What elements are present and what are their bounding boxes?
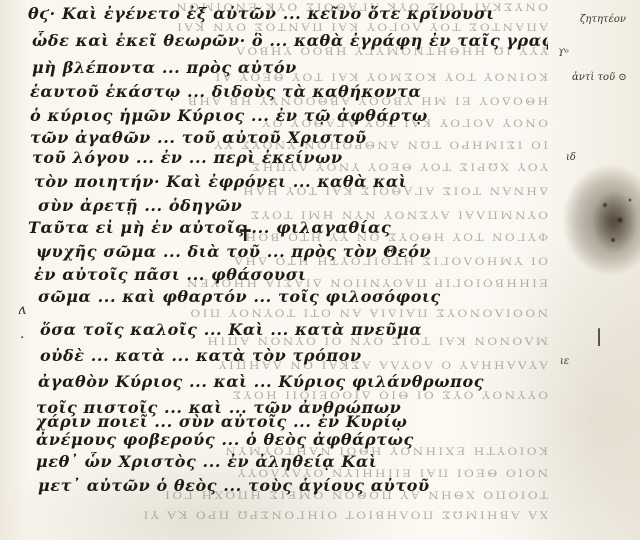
overtext-line: χάριν ποιεῖ ... σὺν αὐτοῖς ... ἐν Κυρίῳ [36,412,548,431]
overtext-line: τοῦ λόγου ... ἐν ... περὶ ἐκείνων [32,148,548,167]
undertext-line: ΝΟΟΙΛΟΝΟΥΣ ΠΑΙΔΙΑ ΑΝ ΟΤΙ ΤΟΥΝΟΥ ΠΙΟ [28,307,548,319]
parchment-page: ΟΝΥΣΚΑΙ ΤΟΙΣ ΟΥΚ ΑΓΑΘΟΙΣ ΟΥΚ ΕΝΟΙΜΟΝΑΠΑΝ… [0,0,640,540]
overtext-line: Ταῦτα εἰ μὴ ἐν αὐτοῖς ... φιλαγαθίας [28,218,548,237]
overtext-line: τῶν ἀγαθῶν ... τοῦ αὐτοῦ Χριστοῦ [30,128,548,147]
overtext-line: οὐδὲ ... κατὰ ... κατὰ τὸν τρόπον [40,346,548,365]
cross-mark: ✝ [236,222,254,247]
margin-note: ϒᵒ [558,48,569,59]
overtext-line: ἀνέμους φοβερούς ... ὁ θεὸς ἀφθάρτως [36,430,548,449]
margin-note: ἀντὶ τοῦ ⊙ [572,72,627,83]
overtext-line: ἀγαθὸν Κύριος ... καὶ ... Κύριος φιλάνθρ… [38,372,548,391]
overtext-line: σῶμα ... καὶ φθαρτόν ... τοῖς φιλοσόφοις [38,287,548,306]
undertext-line: ΧΑ ΑΒΗΙΜΩΣ ΠΟΛΗΒΙΟΤ ΟΙΗΓΟΝΣΡΩ ΠΡΟ ΚΑ ΥΙ [28,509,548,521]
margin-note: ζητητέον [580,14,626,25]
margin-bracket: | [596,326,602,347]
overtext-line: θϛ· Καὶ ἐγένετο ἐξ αὐτῶν ... κεῖνο ὅτε κ… [28,4,548,23]
overtext-line: μετ᾽ αὐτῶν ὁ θεὸς ... τοὺς ἁγίους αὐτοῦ [38,476,548,495]
overtext-line: ὅσα τοῖς καλοῖς ... Καὶ ... κατὰ πνεῦμα [40,320,548,339]
margin-note: ιε [560,356,569,367]
overtext-line: μεθ᾽ ὧν Χριστὸς ... ἐν ἀληθείᾳ Καὶ [36,452,548,471]
left-margin-mark: ʌ [18,302,26,318]
overtext-line: μὴ βλέποντα ... πρὸς αὐτόν [32,58,548,77]
ink-stain [585,180,640,265]
margin-note: ιδ [566,152,576,163]
overtext-line: ἐν αὐτοῖς πᾶσι ... φθάσουσι [34,265,548,284]
overtext-line: ὧδε καὶ ἐκεῖ θεωρῶν· ὃ ... καθὰ ἐγράφη ἐ… [32,31,548,50]
left-margin-mark: · [20,330,24,346]
overtext-line: σὺν ἀρετῇ ... ὁδηγῶν [38,196,548,215]
overtext-line: ἑαυτοῦ ἑκάστῳ ... διδοὺς τὰ καθήκοντα [30,82,548,101]
overtext-line: ψυχῆς σῶμα ... διὰ τοῦ ... πρὸς τὸν Θεόν [36,242,548,261]
overtext-line: ὁ κύριος ἡμῶν Κύριος ... ἐν τῷ ἀφθάρτῳ [30,106,548,125]
overtext-line: τὸν ποιητήν· Καὶ ἐφρόνει ... καθὰ καὶ [34,172,548,191]
